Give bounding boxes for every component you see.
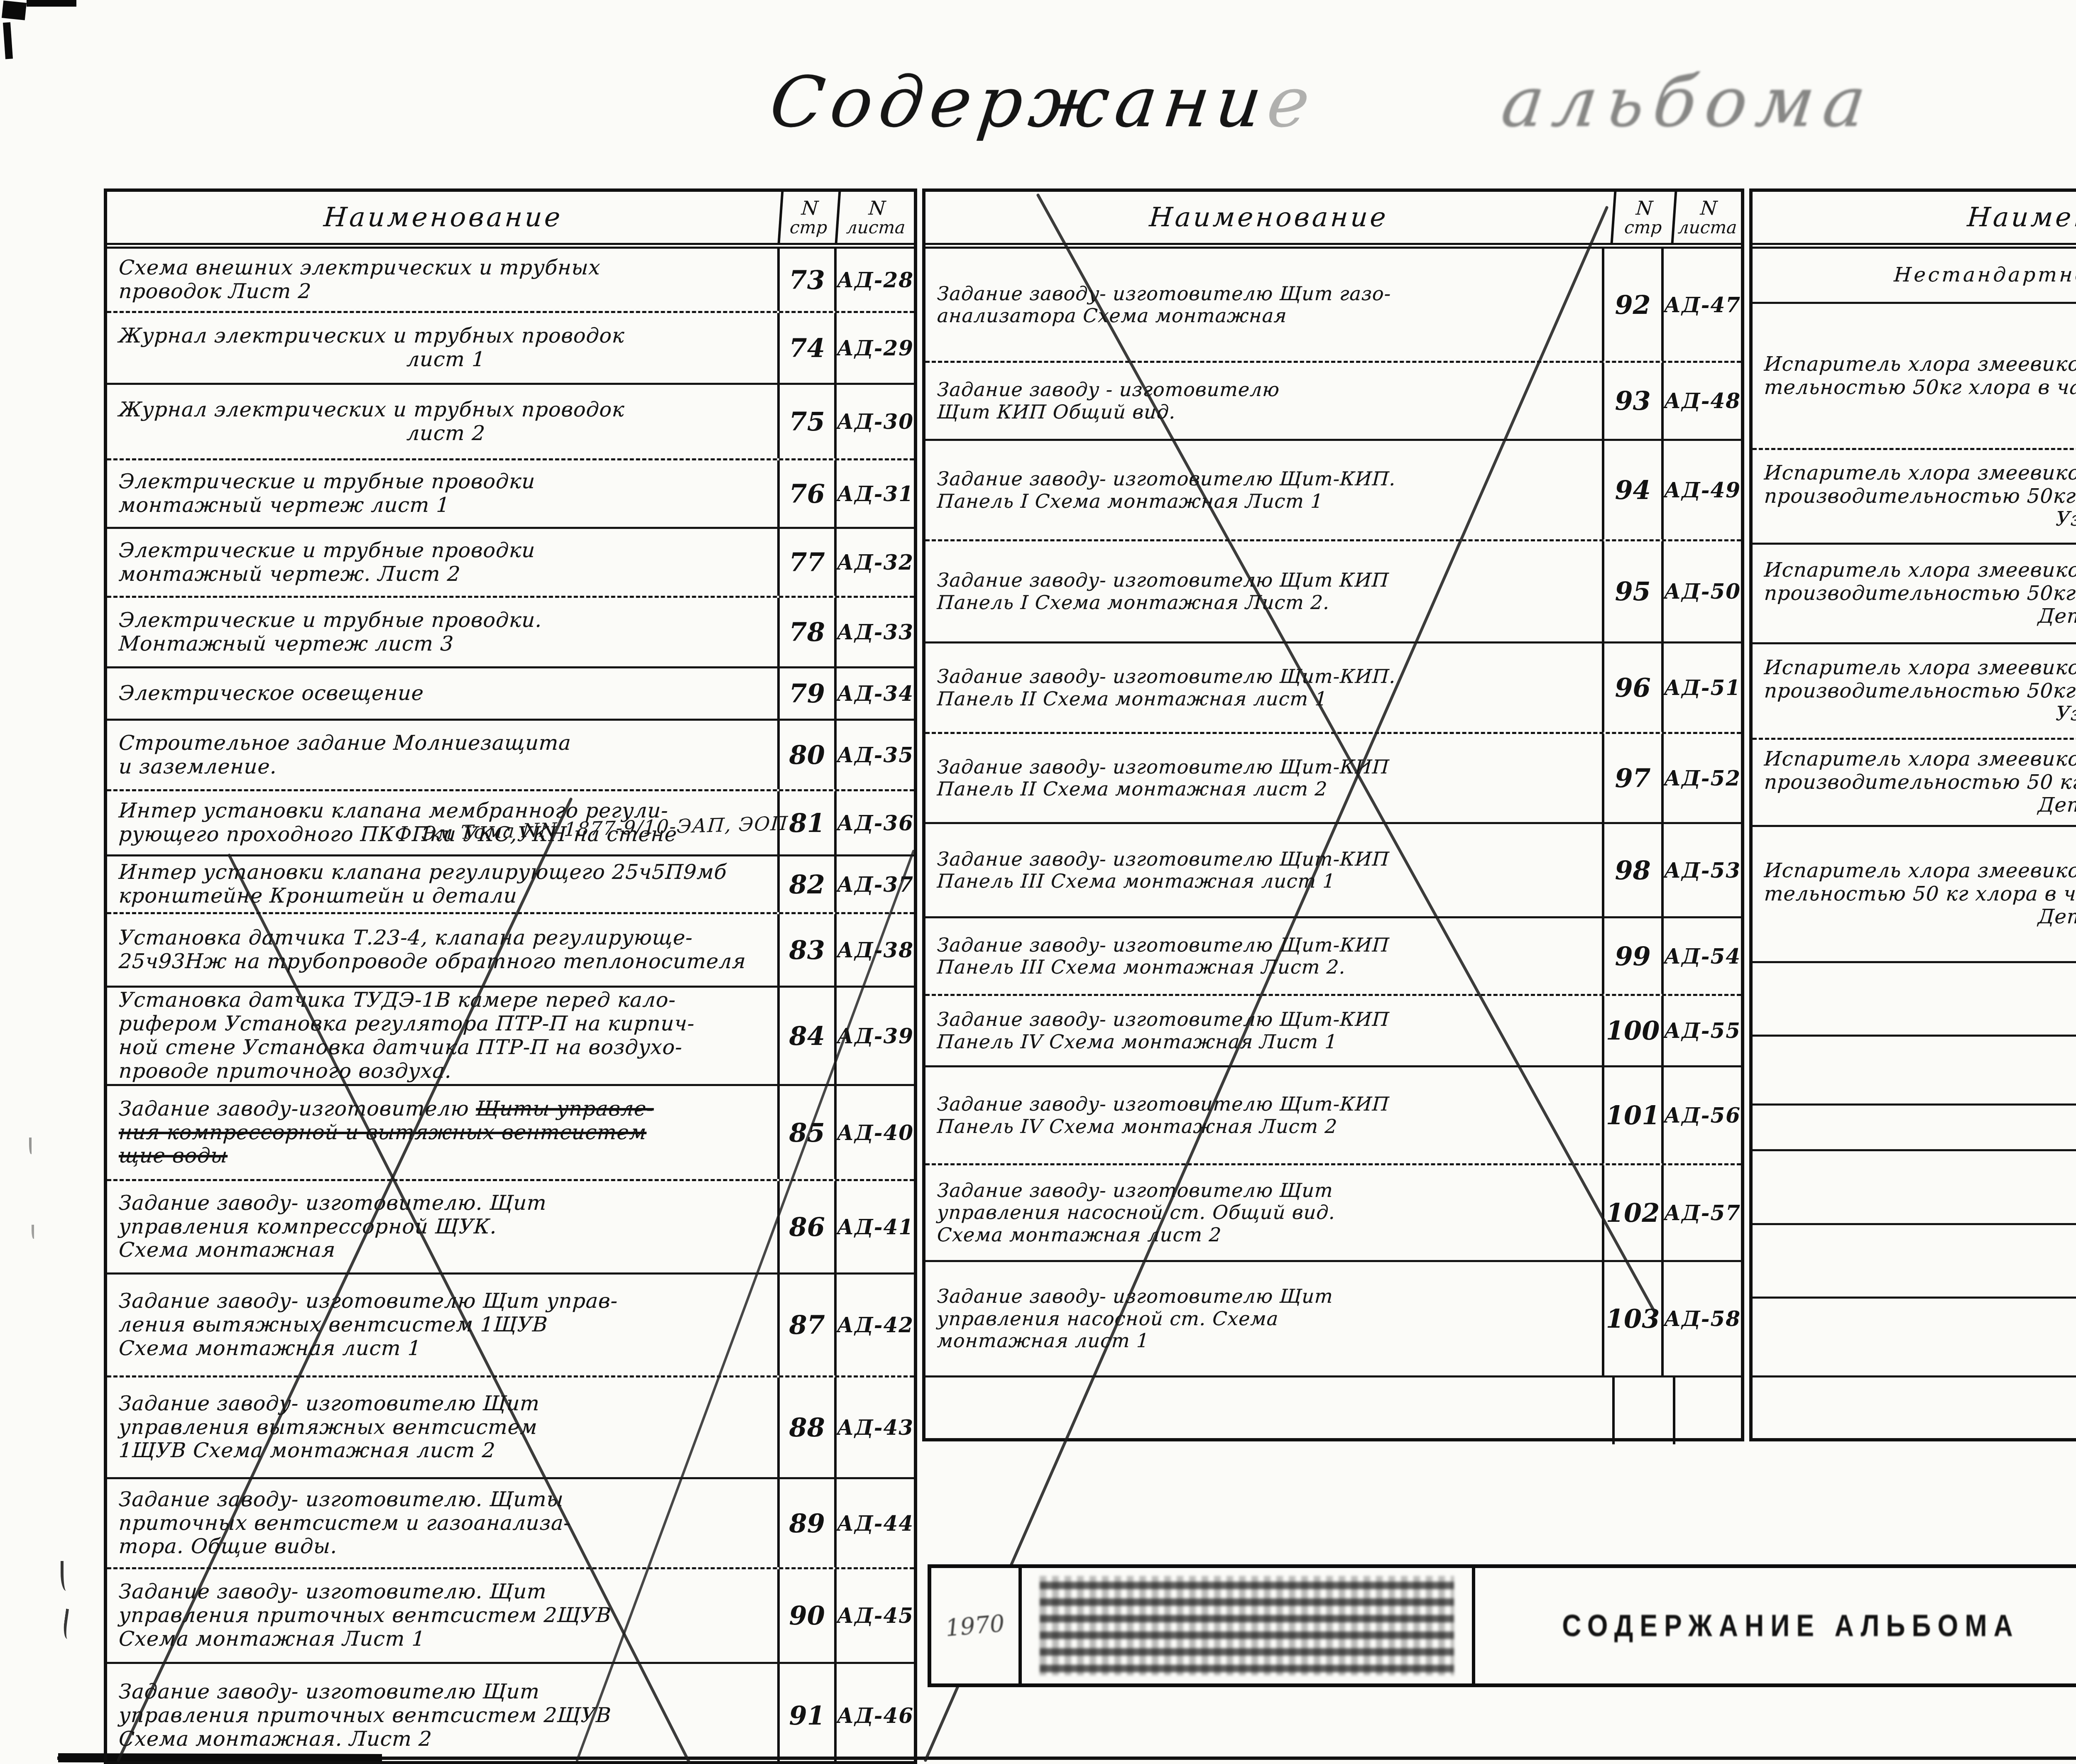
row-page-number: 79 bbox=[780, 668, 837, 719]
row-page-number bbox=[1615, 1377, 1675, 1444]
row-title-cell: Задание заводу- изготовителю Щитуправлен… bbox=[925, 1165, 1604, 1260]
row-title-cell: Задание заводу- изготовителю Щит управ-л… bbox=[107, 1275, 780, 1375]
title-faded-word: альбома bbox=[1497, 61, 1879, 143]
table-header: Наименование Nстр Nлиста bbox=[925, 192, 1741, 249]
row-sheet-code: АД-41 bbox=[837, 1181, 914, 1272]
table-row bbox=[1753, 1103, 2076, 1149]
table-row: Задание заводу- изготовителю Щит-КИП.Пан… bbox=[925, 439, 1741, 539]
row-title-cell: Задание заводу-изготовителю Щиты управле… bbox=[107, 1086, 780, 1179]
table-row bbox=[1753, 961, 2076, 1035]
row-sheet-code: АД-50 bbox=[1664, 541, 1741, 641]
table-row: Задание заводу- изготовителю Щит-КИППане… bbox=[925, 916, 1741, 994]
row-title-cell: Испаритель хлора змеевиковый производи-т… bbox=[1753, 827, 2076, 961]
row-title-cell: Электрические и трубные проводки.Монтажн… bbox=[107, 598, 780, 666]
row-title-cell: Задание заводу- изготовителю Щит-КИППане… bbox=[925, 734, 1604, 822]
table-row: Испаритель хлора змеевиковыйпроизводител… bbox=[1753, 448, 2076, 543]
table-row: Интер установки клапана регулирующего 25… bbox=[107, 854, 914, 912]
row-title-cell bbox=[1753, 963, 2076, 1035]
row-sheet-code: АД-43 bbox=[837, 1377, 914, 1477]
row-title-cell: Задание заводу- изготовителю Щит КИППане… bbox=[925, 541, 1604, 641]
row-page-number: 73 bbox=[780, 249, 837, 311]
table-header: Наименование Nстр Nлиста bbox=[107, 192, 914, 249]
table-row: Задание заводу- изготовителю Щит-КИППане… bbox=[925, 822, 1741, 916]
row-page-number: 85 bbox=[780, 1086, 837, 1179]
row-title-cell: Задание заводу- изготовителю Щит-КИП.Пан… bbox=[925, 643, 1604, 732]
table-row: Строительное задание Молниезащитаи зазем… bbox=[107, 719, 914, 789]
row-sheet-code: АД-46 bbox=[837, 1664, 914, 1764]
table-row: Задание заводу- изготовителю Щит управ-л… bbox=[107, 1272, 914, 1375]
section-header-row: Нестандартное оборудование bbox=[1753, 249, 2076, 302]
row-page-number: 102 bbox=[1604, 1165, 1664, 1260]
title-block-stamp: 1970 СОДЕРЖАНИЕ АЛЬБОМА Типовой проект 9… bbox=[928, 1564, 2076, 1687]
row-sheet-code: АД-29 bbox=[837, 313, 914, 383]
row-title-cell: Электрические и трубные проводкимонтажны… bbox=[107, 529, 780, 596]
row-title-cell: Журнал электрических и трубных проводокл… bbox=[107, 313, 780, 383]
table-row: Испаритель хлора змеевиковыйпроизводител… bbox=[1753, 543, 2076, 642]
row-title-cell bbox=[1753, 1299, 2076, 1375]
table-row bbox=[1753, 1035, 2076, 1103]
table-row: Задание заводу- изготовителю. Щитуправле… bbox=[107, 1179, 914, 1272]
row-title-cell: Задание заводу - изготовителюЩит КИП Общ… bbox=[925, 363, 1604, 439]
row-title-cell: Журнал электрических и трубных проводокл… bbox=[107, 385, 780, 458]
page-title: Содержание альбома bbox=[764, 61, 1879, 153]
row-sheet-code: АД-48 bbox=[1664, 363, 1741, 439]
row-title-cell bbox=[1753, 1377, 2076, 1444]
row-title-cell: Схема внешних электрических и трубныхпро… bbox=[107, 249, 780, 311]
table-row: Испаритель хлора змеевиковый производи-т… bbox=[1753, 302, 2076, 448]
row-page-number: 81 bbox=[780, 791, 837, 854]
contents-table-left: Наименование Nстр Nлиста Схема внешних э… bbox=[104, 188, 917, 1764]
title-faded-letter: е bbox=[1263, 61, 1321, 143]
row-title-cell: Испаритель хлора змеевиковыйпроизводител… bbox=[1753, 450, 2076, 543]
row-page-number: 96 bbox=[1604, 643, 1664, 732]
row-sheet-code: АД-55 bbox=[1664, 996, 1741, 1065]
table-row: Задание заводу- изготовителю. Щитуправле… bbox=[107, 1567, 914, 1662]
row-sheet-code: АД-35 bbox=[837, 721, 914, 789]
row-page-number: 75 bbox=[780, 385, 837, 458]
row-page-number: 74 bbox=[780, 313, 837, 383]
row-title-cell: Строительное задание Молниезащитаи зазем… bbox=[107, 721, 780, 789]
scan-corner-artifact bbox=[3, 22, 13, 59]
contents-table-right: Наименование Nстр. Nлиста Нестандартное … bbox=[1749, 188, 2076, 1441]
table-row: Схема внешних электрических и трубныхпро… bbox=[107, 249, 914, 311]
row-sheet-code: АД-51 bbox=[1664, 643, 1741, 732]
row-page-number: 94 bbox=[1604, 441, 1664, 539]
table-row bbox=[1753, 1223, 2076, 1297]
row-page-number: 93 bbox=[1604, 363, 1664, 439]
row-sheet-code: АД-38 bbox=[837, 914, 914, 986]
row-page-number: 101 bbox=[1604, 1067, 1664, 1163]
table-row: Задание заводу- изготовителю Щитуправлен… bbox=[925, 1260, 1741, 1375]
column-header-name: Наименование bbox=[1751, 192, 2076, 243]
row-sheet-code: АД-53 bbox=[1664, 824, 1741, 916]
table-row: Установка датчика ТУДЭ-1В камере перед к… bbox=[107, 986, 914, 1084]
scanned-sheet: 4 Содержание альбома Наименование Nстр N… bbox=[0, 0, 2076, 1764]
column-header-sheet: Nлиста bbox=[837, 192, 916, 243]
row-sheet-code: АД-40 bbox=[837, 1086, 914, 1179]
row-title-cell: Задание заводу- изготовителю. Щитыприточ… bbox=[107, 1479, 780, 1567]
row-sheet-code: АД-30 bbox=[837, 385, 914, 458]
table-row: Задание заводу- изготовителю Щитуправлен… bbox=[107, 1375, 914, 1477]
table-row: Задание заводу- изготовителю Щитуправлен… bbox=[925, 1163, 1741, 1260]
row-title-cell: Испаритель хлора змеевиковый производи-т… bbox=[1753, 304, 2076, 448]
row-title-cell: Установка датчика ТУДЭ-1В камере перед к… bbox=[107, 988, 780, 1084]
row-sheet-code: АД-52 bbox=[1664, 734, 1741, 822]
row-title-cell: Задание заводу- изготовителю Щит-КИППане… bbox=[925, 1067, 1604, 1163]
table-row bbox=[1753, 1149, 2076, 1223]
table-row: Задание заводу - изготовителюЩит КИП Общ… bbox=[925, 361, 1741, 439]
row-page-number: 95 bbox=[1604, 541, 1664, 641]
row-page-number: 92 bbox=[1604, 249, 1664, 361]
row-title-cell: Задание заводу- изготовителю Щит газо-ан… bbox=[925, 249, 1604, 361]
row-sheet-code: АД-44 bbox=[837, 1479, 914, 1567]
row-title-cell: Задание заводу- изготовителю Щит-КИП.Пан… bbox=[925, 441, 1604, 539]
row-title-cell: Испаритель хлора змеевиковыйпроизводител… bbox=[1753, 740, 2076, 825]
row-sheet-code: АД-33 bbox=[837, 598, 914, 666]
row-page-number: 89 bbox=[780, 1479, 837, 1567]
table-row: Испаритель хлора змеевиковыйпроизводител… bbox=[1753, 642, 2076, 738]
column-header-page: Nстр bbox=[1613, 192, 1677, 243]
row-title-cell: Испаритель хлора змеевиковыйпроизводител… bbox=[1753, 644, 2076, 738]
row-page-number: 83 bbox=[780, 914, 837, 986]
row-page-number: 100 bbox=[1604, 996, 1664, 1065]
table-row: Журнал электрических и трубных проводокл… bbox=[107, 311, 914, 383]
table-row: Электрические и трубные проводки.Монтажн… bbox=[107, 596, 914, 666]
table-row: Задание заводу- изготовителю Щит газо-ан… bbox=[925, 249, 1741, 361]
row-title-cell: Испаритель хлора змеевиковыйпроизводител… bbox=[1753, 545, 2076, 642]
row-page-number: 88 bbox=[780, 1377, 837, 1477]
table-row: Задание заводу- изготовителю Щит-КИППане… bbox=[925, 994, 1741, 1065]
row-page-number: 99 bbox=[1604, 918, 1664, 994]
table-row bbox=[925, 1375, 1741, 1444]
row-title-cell bbox=[1753, 1037, 2076, 1103]
stamp-year: 1970 bbox=[944, 1610, 1006, 1642]
table-row: Задание заводу- изготовителю. Щитыприточ… bbox=[107, 1477, 914, 1567]
margin-tick-mark bbox=[29, 1138, 32, 1154]
row-sheet-code: АД-31 bbox=[837, 460, 914, 527]
column-header-page: Nстр bbox=[780, 192, 841, 243]
margin-bracket-mark bbox=[61, 1561, 70, 1591]
margin-tick-mark bbox=[32, 1225, 35, 1239]
table-row: Испаритель хлора змеевиковый производи-т… bbox=[1753, 825, 2076, 961]
row-sheet-code: АД-42 bbox=[837, 1275, 914, 1375]
row-sheet-code: АД-32 bbox=[837, 529, 914, 596]
row-page-number: 76 bbox=[780, 460, 837, 527]
table-row: Испаритель хлора змеевиковыйпроизводител… bbox=[1753, 738, 2076, 825]
stamp-illegible-text bbox=[1040, 1576, 1454, 1675]
row-sheet-code: АД-39 bbox=[837, 988, 914, 1084]
row-title-cell: Задание заводу- изготовителю. Щитуправле… bbox=[107, 1181, 780, 1272]
table-row: Электрические и трубные проводкимонтажны… bbox=[107, 527, 914, 596]
row-title-cell: Задание заводу- изготовителю Щитуправлен… bbox=[107, 1377, 780, 1477]
row-sheet-code: АД-49 bbox=[1664, 441, 1741, 539]
column-header-name: Наименование bbox=[105, 192, 784, 243]
row-sheet-code: АД-47 bbox=[1664, 249, 1741, 361]
table-row: Установка датчика Т.23-4, клапана регули… bbox=[107, 912, 914, 986]
column-header-name: Наименование bbox=[924, 192, 1617, 243]
table-header: Наименование Nстр. Nлиста bbox=[1753, 192, 2076, 249]
row-title-cell bbox=[1753, 1151, 2076, 1223]
row-page-number: 103 bbox=[1604, 1262, 1664, 1375]
row-sheet-code: АД-36 bbox=[837, 791, 914, 854]
row-title-cell: Задание заводу- изготовителю Щитуправлен… bbox=[925, 1262, 1604, 1375]
row-sheet-code: АД-34 bbox=[837, 668, 914, 719]
row-sheet-code: АД-56 bbox=[1664, 1067, 1741, 1163]
stamp-doc-title-cell: СОДЕРЖАНИЕ АЛЬБОМА bbox=[1475, 1568, 2076, 1683]
row-page-number: 86 bbox=[780, 1181, 837, 1272]
contents-table-middle: Наименование Nстр Nлиста Задание заводу-… bbox=[922, 188, 1744, 1441]
row-title-cell bbox=[1753, 1225, 2076, 1297]
row-page-number: 84 bbox=[780, 988, 837, 1084]
row-page-number: 90 bbox=[780, 1569, 837, 1662]
row-page-number: 82 bbox=[780, 856, 837, 912]
row-sheet-code: АД-45 bbox=[837, 1569, 914, 1662]
row-title-cell: Задание заводу- изготовителю. Щитуправле… bbox=[107, 1569, 780, 1662]
row-page-number: 91 bbox=[780, 1664, 837, 1764]
table-row: Электрические и трубные проводкимонтажны… bbox=[107, 458, 914, 527]
row-page-number: 98 bbox=[1604, 824, 1664, 916]
table-row: Электрическое освещение79АД-34 bbox=[107, 666, 914, 719]
row-title-cell: Задание заводу- изготовителю Щит-КИППане… bbox=[925, 824, 1604, 916]
column-header-sheet: Nлиста bbox=[1674, 192, 1743, 243]
row-page-number: 78 bbox=[780, 598, 837, 666]
table-row: Задание заводу-изготовителю Щиты управле… bbox=[107, 1084, 914, 1179]
margin-bracket-mark bbox=[62, 1609, 75, 1639]
row-sheet-code: АД-57 bbox=[1664, 1165, 1741, 1260]
table-row: Задание заводу- изготовителю Щит КИППане… bbox=[925, 539, 1741, 641]
title-word-main: Содержани bbox=[766, 61, 1273, 143]
table-row: Журнал электрических и трубных проводокл… bbox=[107, 383, 914, 458]
row-title-cell: Электрическое освещение bbox=[107, 668, 780, 719]
row-sheet-code: АД-54 bbox=[1664, 918, 1741, 994]
row-title-cell: Электрические и трубные проводкимонтажны… bbox=[107, 460, 780, 527]
stamp-year-cell: 1970 bbox=[931, 1568, 1022, 1683]
table-row: Задание заводу- изготовителю Щит-КИППане… bbox=[925, 732, 1741, 822]
row-page-number: 80 bbox=[780, 721, 837, 789]
table-row bbox=[1753, 1297, 2076, 1375]
table-row bbox=[1753, 1375, 2076, 1444]
row-sheet-code bbox=[1675, 1377, 1741, 1444]
row-title-cell: Задание заводу- изготовителю Щит-КИППане… bbox=[925, 996, 1604, 1065]
row-title-cell: Интер установки клапана регулирующего 25… bbox=[107, 856, 780, 912]
row-sheet-code: АД-37 bbox=[837, 856, 914, 912]
scan-corner-artifact bbox=[27, 0, 76, 7]
scan-corner-artifact bbox=[2, 0, 27, 20]
row-title-cell bbox=[1753, 1106, 2076, 1149]
table-row: Задание заводу- изготовителю Щит-КИП.Пан… bbox=[925, 641, 1741, 732]
stamp-org-cell bbox=[1022, 1568, 1475, 1683]
row-page-number: 87 bbox=[780, 1275, 837, 1375]
row-page-number: 97 bbox=[1604, 734, 1664, 822]
row-title-cell: Задание заводу- изготовителю Щитуправлен… bbox=[107, 1664, 780, 1764]
table-row: Задание заводу- изготовителю Щитуправлен… bbox=[107, 1662, 914, 1764]
row-title-cell bbox=[925, 1377, 1615, 1444]
row-page-number: 77 bbox=[780, 529, 837, 596]
row-sheet-code: АД-28 bbox=[837, 249, 914, 311]
row-title-cell: Нестандартное оборудование bbox=[1753, 249, 2076, 302]
row-sheet-code: АД-58 bbox=[1664, 1262, 1741, 1375]
stamp-doc-title: СОДЕРЖАНИЕ АЛЬБОМА bbox=[1562, 1608, 2020, 1643]
table-row: Задание заводу- изготовителю Щит-КИППане… bbox=[925, 1065, 1741, 1163]
row-title-cell: Задание заводу- изготовителю Щит-КИППане… bbox=[925, 918, 1604, 994]
row-title-cell: Установка датчика Т.23-4, клапана регули… bbox=[107, 914, 780, 986]
